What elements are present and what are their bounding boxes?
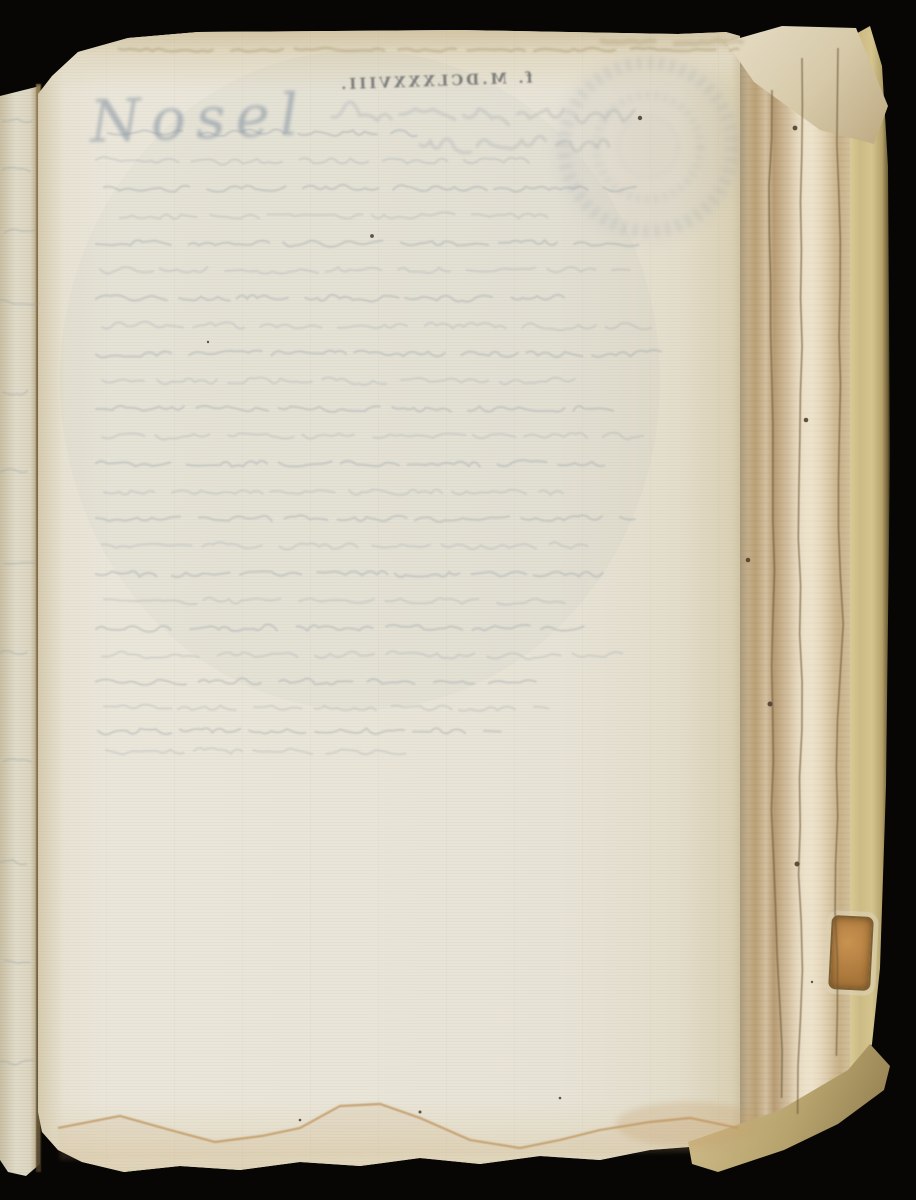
facing-page-sliver — [0, 86, 40, 1178]
repair-patch — [828, 915, 874, 991]
manuscript-page: Nosel f. M.DCLXXXVIII. — [38, 30, 740, 1172]
bleedthrough-folio-numerals: f. M.DCLXXXVIII. — [338, 69, 533, 94]
bleedthrough-heading: Nosel — [89, 80, 310, 156]
photo-background: Nosel f. M.DCLXXXVIII. — [0, 0, 916, 1200]
